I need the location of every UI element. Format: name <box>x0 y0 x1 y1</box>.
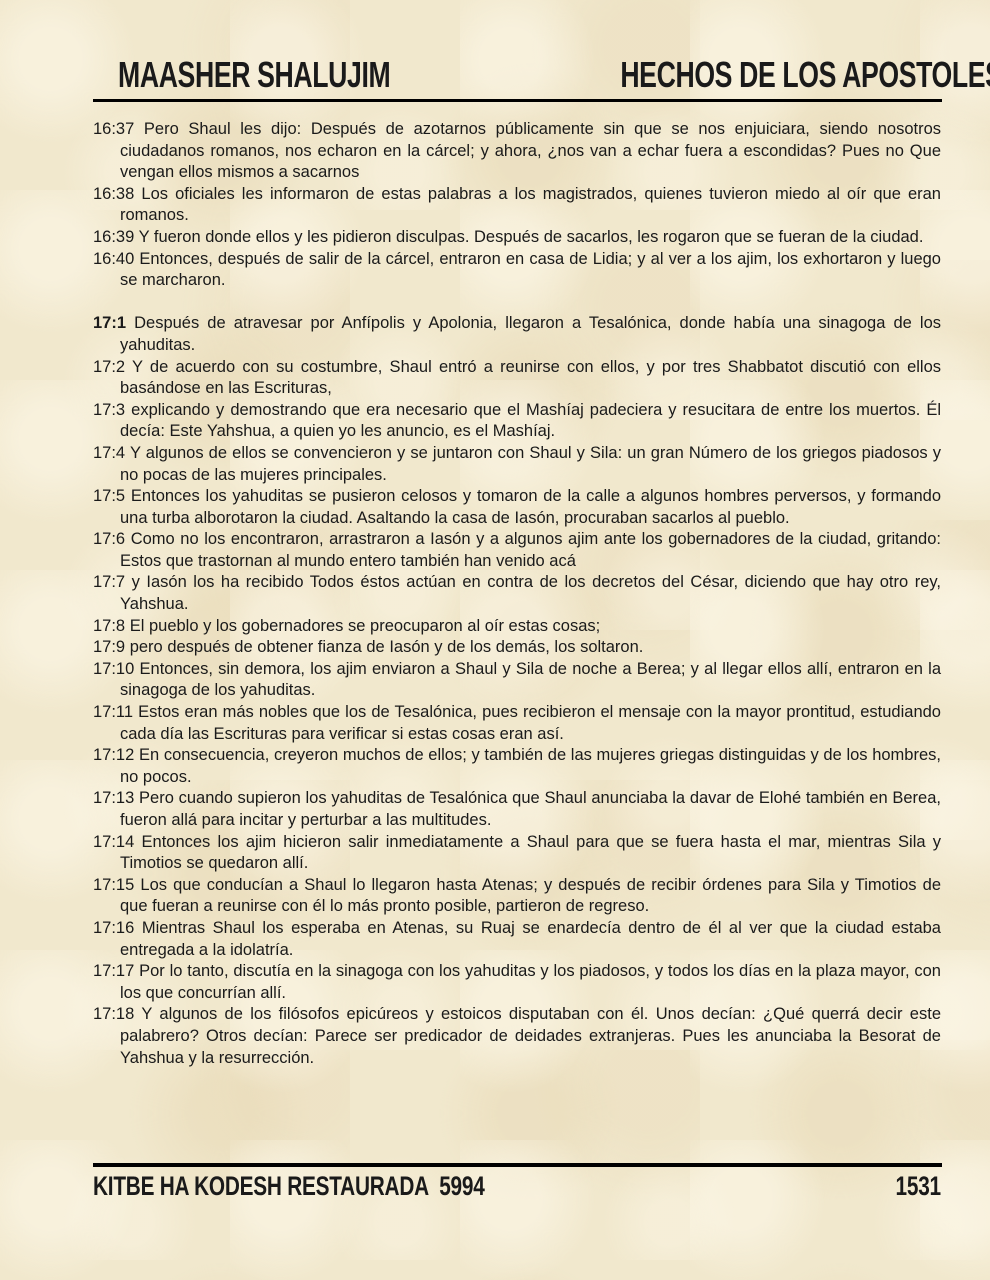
verse-16-40: 16:40 Entonces, después de salir de la c… <box>93 249 941 292</box>
verse-ref: 16:37 <box>93 120 134 138</box>
verse-ref: 16:40 <box>93 250 134 268</box>
verse-ref: 17:18 <box>93 1005 134 1023</box>
verse-16-39: 16:39 Y fueron donde ellos y les pidiero… <box>93 227 941 249</box>
page-footer: KITBE HA KODESH RESTAURADA 5994 1531 <box>93 1171 941 1201</box>
verse-ref: 16:39 <box>93 228 134 246</box>
verse-ref: 17:6 <box>93 530 125 548</box>
verse-17-13: 17:13 Pero cuando supieron los yahuditas… <box>93 788 941 831</box>
scripture-page: MAASHER SHALUJIM HECHOS DE LOS APOSTOLES… <box>0 0 990 1280</box>
verse-17-1: 17:1 Después de atravesar por Anfípolis … <box>93 313 941 356</box>
verse-17-11: 17:11 Estos eran más nobles que los de T… <box>93 702 941 745</box>
verse-17-9: 17:9 pero después de obtener fianza de I… <box>93 637 941 659</box>
page-header: MAASHER SHALUJIM HECHOS DE LOS APOSTOLES <box>118 56 906 94</box>
verse-17-12: 17:12 En consecuencia, creyeron muchos d… <box>93 745 941 788</box>
verse-17-10: 17:10 Entonces, sin demora, los ajim env… <box>93 659 941 702</box>
verse-ref: 17:2 <box>93 358 125 376</box>
verse-ref: 17:1 <box>93 314 126 332</box>
header-title-left: MAASHER SHALUJIM <box>118 56 390 94</box>
verse-ref: 17:5 <box>93 487 125 505</box>
header-rule <box>93 99 942 102</box>
verse-17-8: 17:8 El pueblo y los gobernadores se pre… <box>93 616 941 638</box>
verse-ref: 17:4 <box>93 444 125 462</box>
verse-ref: 17:7 <box>93 573 125 591</box>
verse-17-14: 17:14 Entonces los ajim hicieron salir i… <box>93 832 941 875</box>
verse-17-4: 17:4 Y algunos de ellos se convencieron … <box>93 443 941 486</box>
verse-ref: 16:38 <box>93 185 134 203</box>
verse-ref: 17:16 <box>93 919 134 937</box>
verse-17-17: 17:17 Por lo tanto, discutía en la sinag… <box>93 961 941 1004</box>
header-title-right: HECHOS DE LOS APOSTOLES <box>620 56 990 94</box>
verse-ref: 17:8 <box>93 617 125 635</box>
verse-ref: 17:10 <box>93 660 134 678</box>
verse-ref: 17:14 <box>93 833 134 851</box>
edition-title: KITBE HA KODESH RESTAURADA 5994 <box>93 1171 485 1201</box>
verse-17-3: 17:3 explicando y demostrando que era ne… <box>93 400 941 443</box>
verse-ref: 17:11 <box>93 703 133 721</box>
verse-ref: 17:9 <box>93 638 125 656</box>
verse-ref: 17:17 <box>93 962 134 980</box>
verse-17-2: 17:2 Y de acuerdo con su costumbre, Shau… <box>93 357 941 400</box>
verse-16-37: 16:37 Pero Shaul les dijo: Después de az… <box>93 119 941 184</box>
verse-ref: 17:13 <box>93 789 134 807</box>
verse-list: 16:37 Pero Shaul les dijo: Después de az… <box>93 119 941 1069</box>
verse-17-16: 17:16 Mientras Shaul los esperaba en Ate… <box>93 918 941 961</box>
verse-17-6: 17:6 Como no los encontraron, arrastraro… <box>93 529 941 572</box>
verse-ref: 17:12 <box>93 746 134 764</box>
page-number: 1531 <box>896 1171 941 1201</box>
verse-ref: 17:15 <box>93 876 134 894</box>
verse-16-38: 16:38 Los oficiales les informaron de es… <box>93 184 941 227</box>
footer-rule <box>93 1163 942 1167</box>
verse-17-15: 17:15 Los que conducían a Shaul lo llega… <box>93 875 941 918</box>
verse-ref: 17:3 <box>93 401 125 419</box>
verse-17-5: 17:5 Entonces los yahuditas se pusieron … <box>93 486 941 529</box>
verse-17-18: 17:18 Y algunos de los filósofos epicúre… <box>93 1004 941 1069</box>
verse-17-7: 17:7 y Iasón los ha recibido Todos éstos… <box>93 572 941 615</box>
